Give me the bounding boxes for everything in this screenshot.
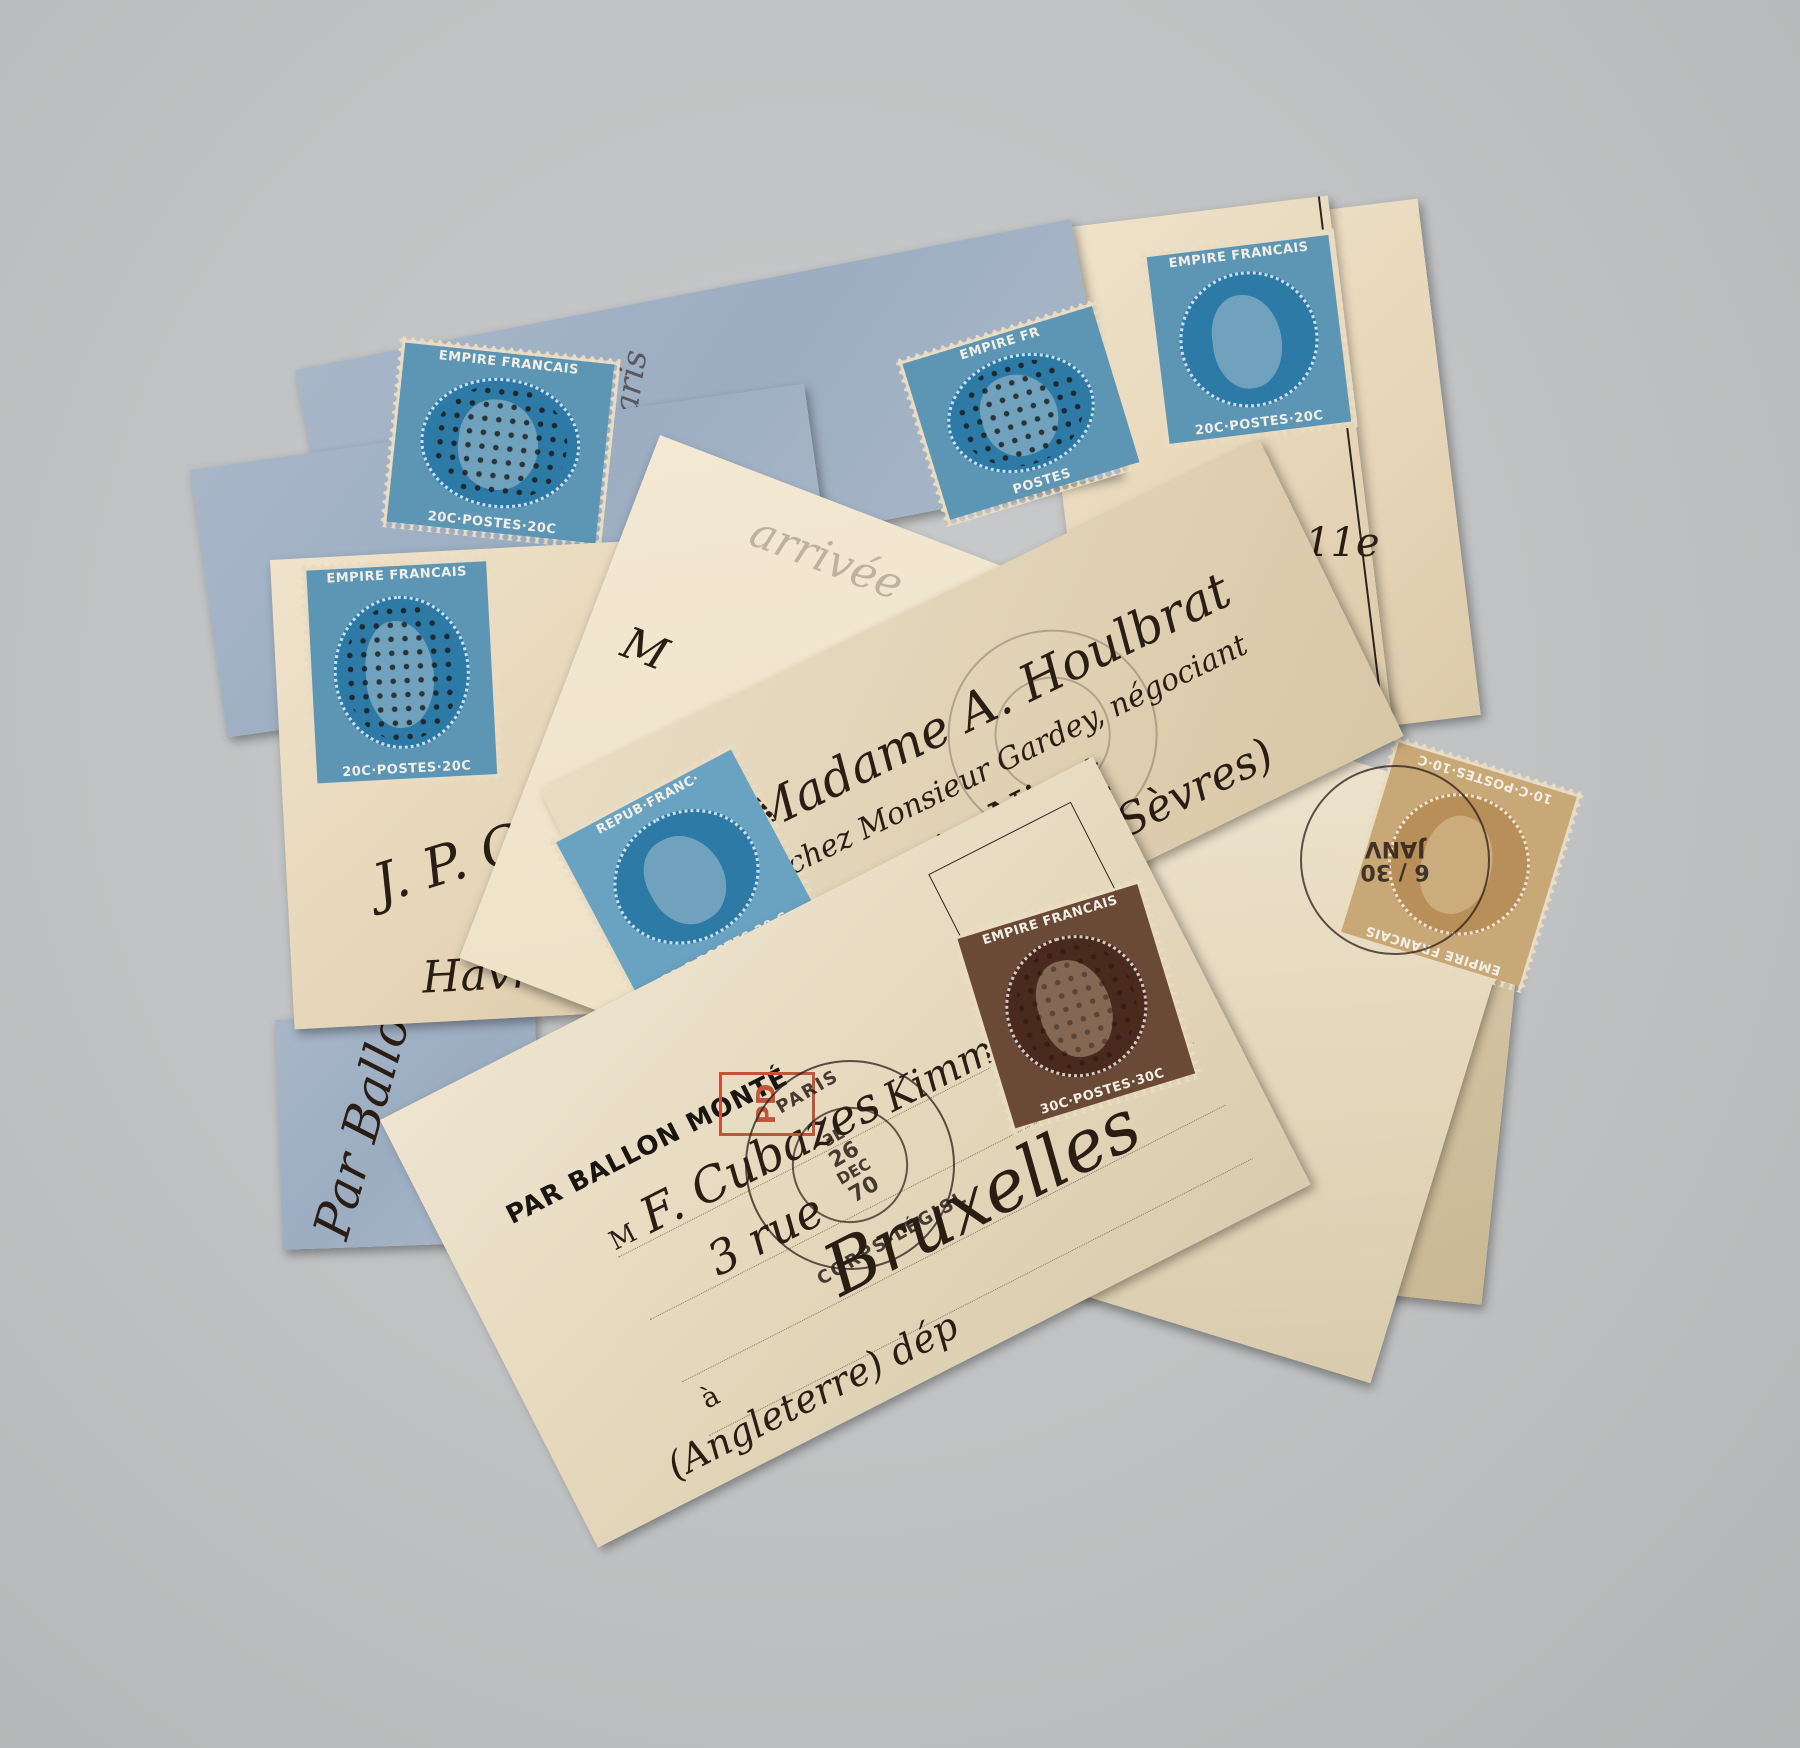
cover-arrivee-address: M <box>615 617 675 681</box>
ballon-address-prefix: M <box>604 1218 641 1257</box>
cancellation-dots-icon <box>1000 928 1152 1084</box>
ballon-address-line4-prefix: à <box>695 1378 725 1415</box>
cover-arrivee-ghost-text: arrivée <box>743 506 910 611</box>
stamp-blue-upper-right: EMPIRE FRANCAIS 20C·POSTES·20C <box>1140 228 1358 450</box>
postmark-bistre: 6 / 30 JANV <box>1300 765 1490 955</box>
stamp-blue-left: EMPIRE FRANCAIS 20C·POSTES·20C <box>300 555 504 790</box>
stamp-blue-upper-left: EMPIRE FRANCAIS 20C·POSTES·20C <box>380 336 621 550</box>
